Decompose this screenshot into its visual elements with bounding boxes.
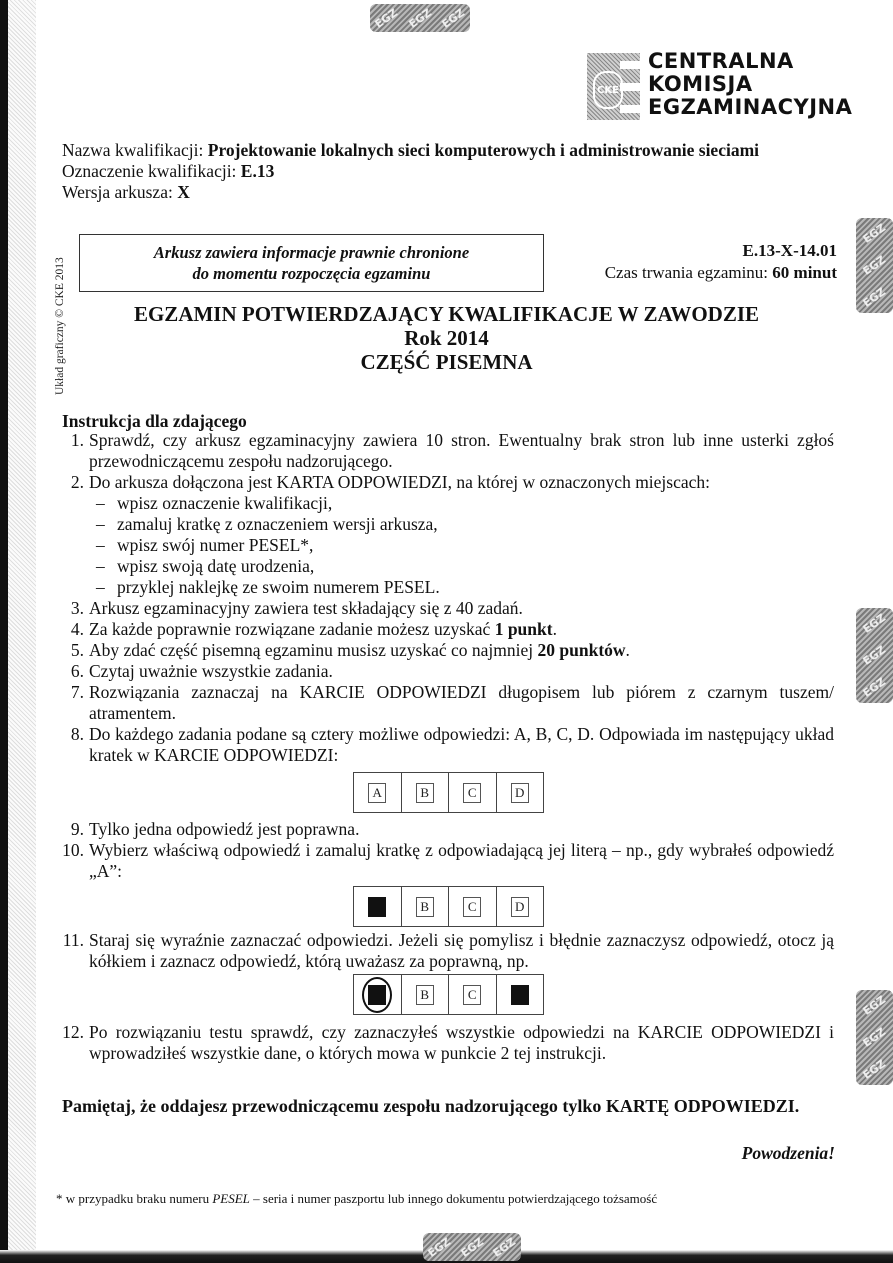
sub-item: wpisz swoją datę urodzenia, [92, 556, 834, 577]
logo-line: KOMISJA [648, 73, 852, 96]
answer-cell-d: D [496, 975, 544, 1014]
stamp-text: EGZ [861, 675, 889, 700]
sub-item: wpisz swój numer PESEL*, [92, 535, 834, 556]
duration-value: 60 minut [772, 263, 837, 282]
version-value: X [177, 182, 190, 202]
item-text-bold: 1 punkt [495, 619, 553, 639]
duration-label: Czas trwania egzaminu: [605, 263, 768, 282]
answer-cell-b: B [401, 975, 449, 1014]
item-number: 11. [62, 930, 84, 951]
answer-cell-c: C [448, 975, 496, 1014]
sub-item: przyklej naklejkę ze swoim numerem PESEL… [92, 577, 834, 598]
sub-list: wpisz oznaczenie kwalifikacji, zamaluj k… [89, 493, 834, 598]
qualification-meta: Nazwa kwalifikacji: Projektowanie lokaln… [62, 140, 759, 203]
answer-cell-a: A [354, 975, 401, 1014]
item-text: Aby zdać część pisemną egzaminu musisz u… [89, 640, 538, 660]
stamp-text: EGZ [861, 1057, 889, 1082]
stamp-text: EGZ [491, 1235, 519, 1260]
instruction-item: 12.Po rozwiązaniu testu sprawdź, czy zaz… [62, 1022, 834, 1064]
security-stamp-bottom: EGZEGZEGZ [423, 1233, 521, 1261]
answer-cell-d: D [496, 773, 544, 812]
item-number: 8. [62, 724, 84, 745]
sub-item: zamaluj kratkę z oznaczeniem wersji arku… [92, 514, 834, 535]
answer-cell-d: D [496, 887, 544, 926]
instruction-item: 5.Aby zdać część pisemną egzaminu musisz… [62, 640, 834, 661]
scan-edge-left [0, 0, 8, 1263]
security-stamp-right-2: EGZEGZEGZ [856, 608, 893, 703]
item-number: 10. [62, 840, 84, 861]
item-text: Do arkusza dołączona jest KARTA ODPOWIED… [89, 472, 710, 492]
exam-part: CZĘŚĆ PISEMNA [0, 350, 893, 374]
item-number: 12. [62, 1022, 84, 1043]
instruction-item: 8.Do każdego zadania podane są cztery mo… [62, 724, 834, 766]
item-number: 9. [62, 819, 84, 840]
stamp-text: EGZ [861, 611, 889, 636]
answer-cell-a: A [354, 887, 401, 926]
security-stamp-right-3: EGZEGZEGZ [856, 990, 893, 1085]
instruction-item: 4.Za każde poprawnie rozwiązane zadanie … [62, 619, 834, 640]
instruction-item: 11.Staraj się wyraźnie zaznaczać odpowie… [62, 930, 834, 972]
stamp-text: EGZ [861, 221, 889, 246]
answer-box-filled: A [368, 897, 386, 917]
item-number: 4. [62, 619, 84, 640]
instruction-item: 2.Do arkusza dołączona jest KARTA ODPOWI… [62, 472, 834, 598]
answer-cell-c: C [448, 887, 496, 926]
stamp-text: EGZ [406, 6, 434, 31]
item-text: Sprawdź, czy arkusz egzaminacyjny zawier… [89, 430, 834, 471]
logo-line: EGZAMINACYJNA [648, 96, 852, 119]
good-luck-text: Powodzenia! [742, 1143, 835, 1164]
footnote-text: – seria i numer paszportu lub innego dok… [250, 1191, 657, 1206]
reminder-text: Pamiętaj, że oddajesz przewodniczącemu z… [62, 1096, 799, 1117]
item-text: . [626, 640, 630, 660]
item-text: Staraj się wyraźnie zaznaczać odpowiedzi… [89, 930, 834, 971]
version-row: Wersja arkusza: X [62, 182, 759, 203]
instruction-item: 7.Rozwiązania zaznaczaj na KARCIE ODPOWI… [62, 682, 834, 724]
instruction-item: 1.Sprawdź, czy arkusz egzaminacyjny zawi… [62, 430, 834, 472]
stamp-text: EGZ [861, 993, 889, 1018]
qualification-name: Projektowanie lokalnych sieci komputerow… [208, 140, 759, 160]
instruction-item: 9.Tylko jedna odpowiedź jest poprawna. [62, 819, 834, 840]
exam-year: Rok 2014 [0, 326, 893, 350]
answer-grid-empty: A B C D [353, 772, 544, 813]
answer-cell-c: C [448, 773, 496, 812]
stamp-text: EGZ [861, 253, 889, 278]
logo-text: CENTRALNA KOMISJA EGZAMINACYJNA [648, 50, 852, 119]
stamp-text: EGZ [458, 1235, 486, 1260]
answer-box-filled: A [368, 985, 386, 1005]
sheet-code: E.13-X-14.01 [605, 240, 837, 262]
item-text: Do każdego zadania podane są cztery możl… [89, 724, 834, 765]
item-text: Za każde poprawnie rozwiązane zadanie mo… [89, 619, 495, 639]
exam-code-block: E.13-X-14.01 Czas trwania egzaminu: 60 m… [605, 240, 837, 284]
item-text: Wybierz właściwą odpowiedź i zamaluj kra… [89, 840, 834, 881]
footnote-em: PESEL [212, 1191, 250, 1206]
duration-row: Czas trwania egzaminu: 60 minut [605, 262, 837, 284]
cke-logo-icon: CKE [587, 53, 640, 120]
answer-grid-corrected-example: A B C D [353, 974, 544, 1015]
notice-line: Arkusz zawiera informacje prawnie chroni… [154, 242, 469, 263]
answer-cell-b: B [401, 887, 449, 926]
protected-info-notice: Arkusz zawiera informacje prawnie chroni… [79, 234, 544, 292]
qualification-name-row: Nazwa kwalifikacji: Projektowanie lokaln… [62, 140, 759, 161]
instructions-list: 1.Sprawdź, czy arkusz egzaminacyjny zawi… [62, 430, 834, 766]
item-text: Czytaj uważnie wszystkie zadania. [89, 661, 333, 681]
answer-cell-b: B [401, 773, 449, 812]
instruction-item: 10.Wybierz właściwą odpowiedź i zamaluj … [62, 840, 834, 882]
footnote-text: * w przypadku braku numeru [56, 1191, 212, 1206]
stamp-text: EGZ [426, 1235, 454, 1260]
item-text: Arkusz egzaminacyjny zawiera test składa… [89, 598, 523, 618]
logo-line: CENTRALNA [648, 50, 852, 73]
answer-box: C [463, 897, 481, 917]
qualification-code-row: Oznaczenie kwalifikacji: E.13 [62, 161, 759, 182]
instructions-heading: Instrukcja dla zdającego [62, 411, 247, 432]
answer-box: C [463, 783, 481, 803]
exam-title: EGZAMIN POTWIERDZAJĄCY KWALIFIKACJE W ZA… [0, 302, 893, 326]
notice-line: do momentu rozpoczęcia egzaminu [193, 263, 431, 284]
item-text: . [553, 619, 557, 639]
item-number: 1. [62, 430, 84, 451]
answer-box: B [416, 897, 434, 917]
stamp-text: EGZ [373, 6, 401, 31]
item-number: 7. [62, 682, 84, 703]
item-text: Tylko jedna odpowiedź jest poprawna. [89, 819, 359, 839]
answer-box: D [511, 783, 529, 803]
sub-item: wpisz oznaczenie kwalifikacji, [92, 493, 834, 514]
answer-box: A [368, 783, 386, 803]
version-label: Wersja arkusza: [62, 182, 173, 202]
footnote: * w przypadku braku numeru PESEL – seria… [56, 1191, 657, 1207]
item-number: 5. [62, 640, 84, 661]
instruction-item: 3.Arkusz egzaminacyjny zawiera test skła… [62, 598, 834, 619]
qualification-code-label: Oznaczenie kwalifikacji: [62, 161, 236, 181]
answer-box: C [463, 985, 481, 1005]
qualification-name-label: Nazwa kwalifikacji: [62, 140, 203, 160]
correction-circle: A [362, 977, 392, 1013]
answer-box: B [416, 783, 434, 803]
stamp-text: EGZ [861, 1025, 889, 1050]
stamp-text: EGZ [861, 643, 889, 668]
item-text: Po rozwiązaniu testu sprawdź, czy zaznac… [89, 1022, 834, 1063]
item-number: 2. [62, 472, 84, 493]
item-text-bold: 20 punktów [538, 640, 626, 660]
instructions-list-cont: 11.Staraj się wyraźnie zaznaczać odpowie… [62, 930, 834, 972]
answer-box: D [511, 897, 529, 917]
scan-shadow-left [8, 0, 36, 1263]
item-number: 6. [62, 661, 84, 682]
security-stamp-right-1: EGZEGZEGZ [856, 218, 893, 313]
item-number: 3. [62, 598, 84, 619]
security-stamp-top: EGZEGZEGZ [370, 4, 470, 32]
stamp-text: EGZ [440, 6, 468, 31]
logo-mark: CKE [593, 71, 623, 109]
qualification-code: E.13 [241, 161, 275, 181]
answer-grid-selected-example: A B C D [353, 886, 544, 927]
instructions-list-cont: 9.Tylko jedna odpowiedź jest poprawna. 1… [62, 819, 834, 882]
answer-box-filled: D [511, 985, 529, 1005]
answer-cell-a: A [354, 773, 401, 812]
item-text: Rozwiązania zaznaczaj na KARCIE ODPOWIED… [89, 682, 834, 723]
instructions-list-cont: 12.Po rozwiązaniu testu sprawdź, czy zaz… [62, 1022, 834, 1064]
instruction-item: 6.Czytaj uważnie wszystkie zadania. [62, 661, 834, 682]
answer-box: B [416, 985, 434, 1005]
